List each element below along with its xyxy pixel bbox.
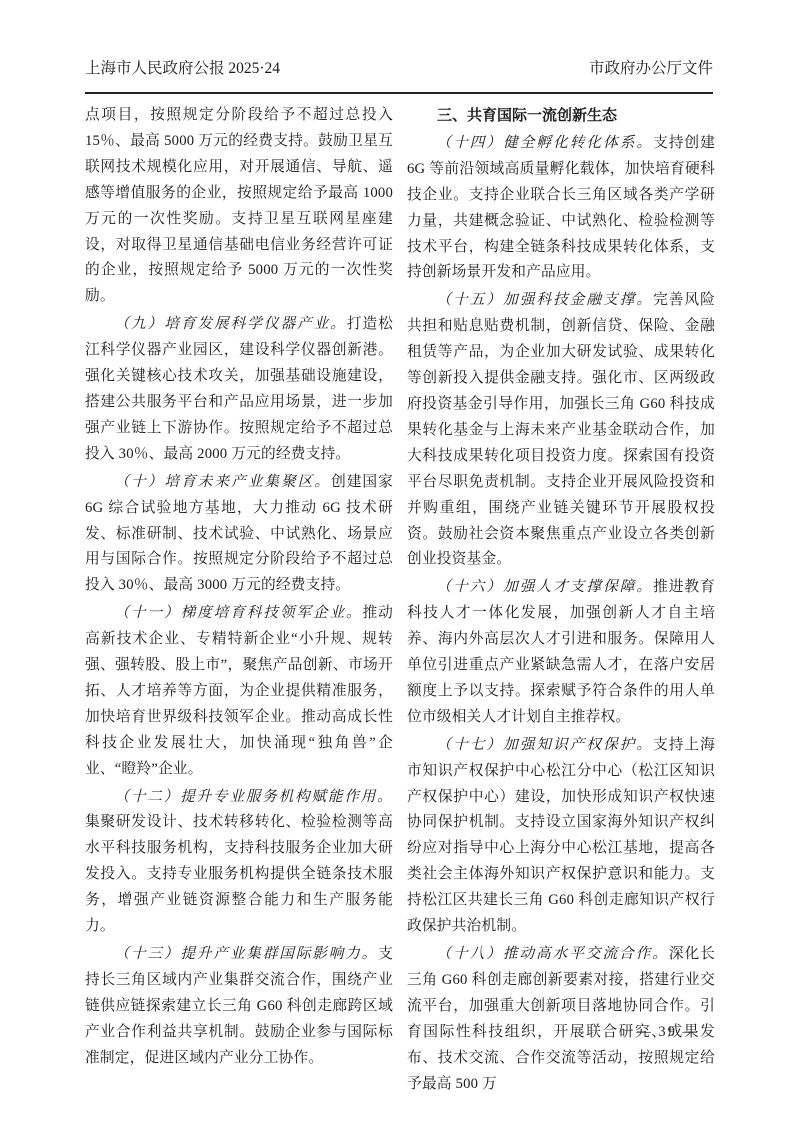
paragraph-text: 推进教育科技人才一体化发展，加强创新人才自主培养、海内外高层次人才引进和服务。保… bbox=[407, 579, 715, 725]
paragraph-item-12: （十二）提升专业服务机构赋能作用。集聚研发设计、技术转移转化、检验检测等高水平科… bbox=[85, 785, 393, 940]
paragraph-text: 集聚研发设计、技术转移转化、检验检测等高水平科技服务机构，支持科技服务企业加大研… bbox=[85, 814, 393, 934]
paragraph-text: 完善风险共担和贴息贴费机制，创新信贷、保险、金融租赁等产品，为企业加大研发试验、… bbox=[407, 292, 715, 567]
gazette-page: 上海市人民政府公报 2025·24 市政府办公厅文件 点项目，按照规定分阶段给予… bbox=[0, 0, 793, 1122]
paragraph-item-11: （十一）梯度培育科技领军企业。推动高新技术企业、专精特新企业“小升规、规转强、强… bbox=[85, 601, 393, 782]
item-heading: （九）培育发展科学仪器产业。 bbox=[114, 316, 347, 332]
section-heading: 三、共育国际一流创新生态 bbox=[407, 103, 715, 129]
paragraph-item-18: （十八）推动高水平交流合作。深化长三角 G60 科创走廊创新要素对接，搭建行业交… bbox=[407, 942, 715, 1097]
paragraph-text: 深化长三角 G60 科创走廊创新要素对接，搭建行业交流平台，加强重大创新项目落地… bbox=[407, 946, 715, 1092]
left-column: 点项目，按照规定分阶段给予不超过总投入 15％、最高 5000 万元的经费支持。… bbox=[85, 103, 393, 1099]
item-heading: （十八）推动高水平交流合作。 bbox=[436, 946, 669, 962]
paragraph-text: 点项目，按照规定分阶段给予不超过总投入 15％、最高 5000 万元的经费支持。… bbox=[85, 107, 393, 304]
header-rule bbox=[85, 92, 713, 94]
paragraph-item-9: （九）培育发展科学仪器产业。打造松江科学仪器产业园区，建设科学仪器创新港。强化关… bbox=[85, 312, 393, 467]
item-heading: （十）培育未来产业集聚区。 bbox=[114, 474, 331, 490]
paragraph-text: 推动高新技术企业、专精特新企业“小升规、规转强、强转股、股上市”，聚焦产品创新、… bbox=[85, 605, 393, 776]
paragraph-item-10: （十）培育未来产业集聚区。创建国家 6G 综合试验地方基地，大力推动 6G 技术… bbox=[85, 470, 393, 600]
paragraph-text: 支持创建 6G 等前沿领域高质量孵化载体，加快培育硬科技企业。支持企业联合长三角… bbox=[407, 135, 715, 281]
paragraph-item-15: （十五）加强科技金融支撑。完善风险共担和贴息贴费机制，创新信贷、保险、金融租赁等… bbox=[407, 288, 715, 573]
paragraph-item-16: （十六）加强人才支撑保障。推进教育科技人才一体化发展，加强创新人才自主培养、海内… bbox=[407, 575, 715, 730]
item-heading: （十一）梯度培育科技领军企业。 bbox=[114, 605, 362, 621]
page-header: 上海市人民政府公报 2025·24 市政府办公厅文件 bbox=[85, 58, 713, 80]
item-heading: （十七）加强知识产权保护。 bbox=[436, 737, 653, 753]
paragraph-item-17: （十七）加强知识产权保护。支持上海市知识产权保护中心松江分中心（松江区知识产权保… bbox=[407, 733, 715, 940]
item-heading: （十二）提升专业服务机构赋能作用。 bbox=[114, 789, 393, 805]
paragraph-item-13: （十三）提升产业集群国际影响力。支持长三角区域内产业集群交流合作，围绕产业链供应… bbox=[85, 942, 393, 1072]
item-heading: （十六）加强人才支撑保障。 bbox=[436, 579, 653, 595]
header-publication-title: 上海市人民政府公报 2025·24 bbox=[85, 58, 280, 80]
header-document-category: 市政府办公厅文件 bbox=[589, 58, 713, 80]
paragraph-text: 支持长三角区域内产业集群交流合作，围绕产业链供应链探索建立长三角 G60 科创走… bbox=[85, 946, 393, 1066]
paragraph-text: 创建国家 6G 综合试验地方基地，大力推动 6G 技术研发、标准研制、技术试验、… bbox=[85, 474, 393, 594]
item-heading: （十四）健全孵化转化体系。 bbox=[436, 135, 653, 151]
paragraph-item-14: （十四）健全孵化转化体系。支持创建 6G 等前沿领域高质量孵化载体，加快培育硬科… bbox=[407, 131, 715, 286]
item-heading: （十五）加强科技金融支撑。 bbox=[436, 292, 653, 308]
paragraph-text: 支持上海市知识产权保护中心松江分中心（松江区知识产权保护中心）建设，加快形成知识… bbox=[407, 737, 715, 934]
item-heading: （十三）提升产业集群国际影响力。 bbox=[114, 946, 378, 962]
right-column: 三、共育国际一流创新生态 （十四）健全孵化转化体系。支持创建 6G 等前沿领域高… bbox=[407, 103, 715, 1099]
paragraph-continuation: 点项目，按照规定分阶段给予不超过总投入 15％、最高 5000 万元的经费支持。… bbox=[85, 103, 393, 310]
content-columns: 点项目，按照规定分阶段给予不超过总投入 15％、最高 5000 万元的经费支持。… bbox=[85, 103, 715, 1099]
paragraph-text: 打造松江科学仪器产业园区，建设科学仪器创新港。强化关键核心技术攻关，加强基础设施… bbox=[85, 316, 393, 462]
page-number: — 39 — bbox=[407, 1021, 699, 1043]
